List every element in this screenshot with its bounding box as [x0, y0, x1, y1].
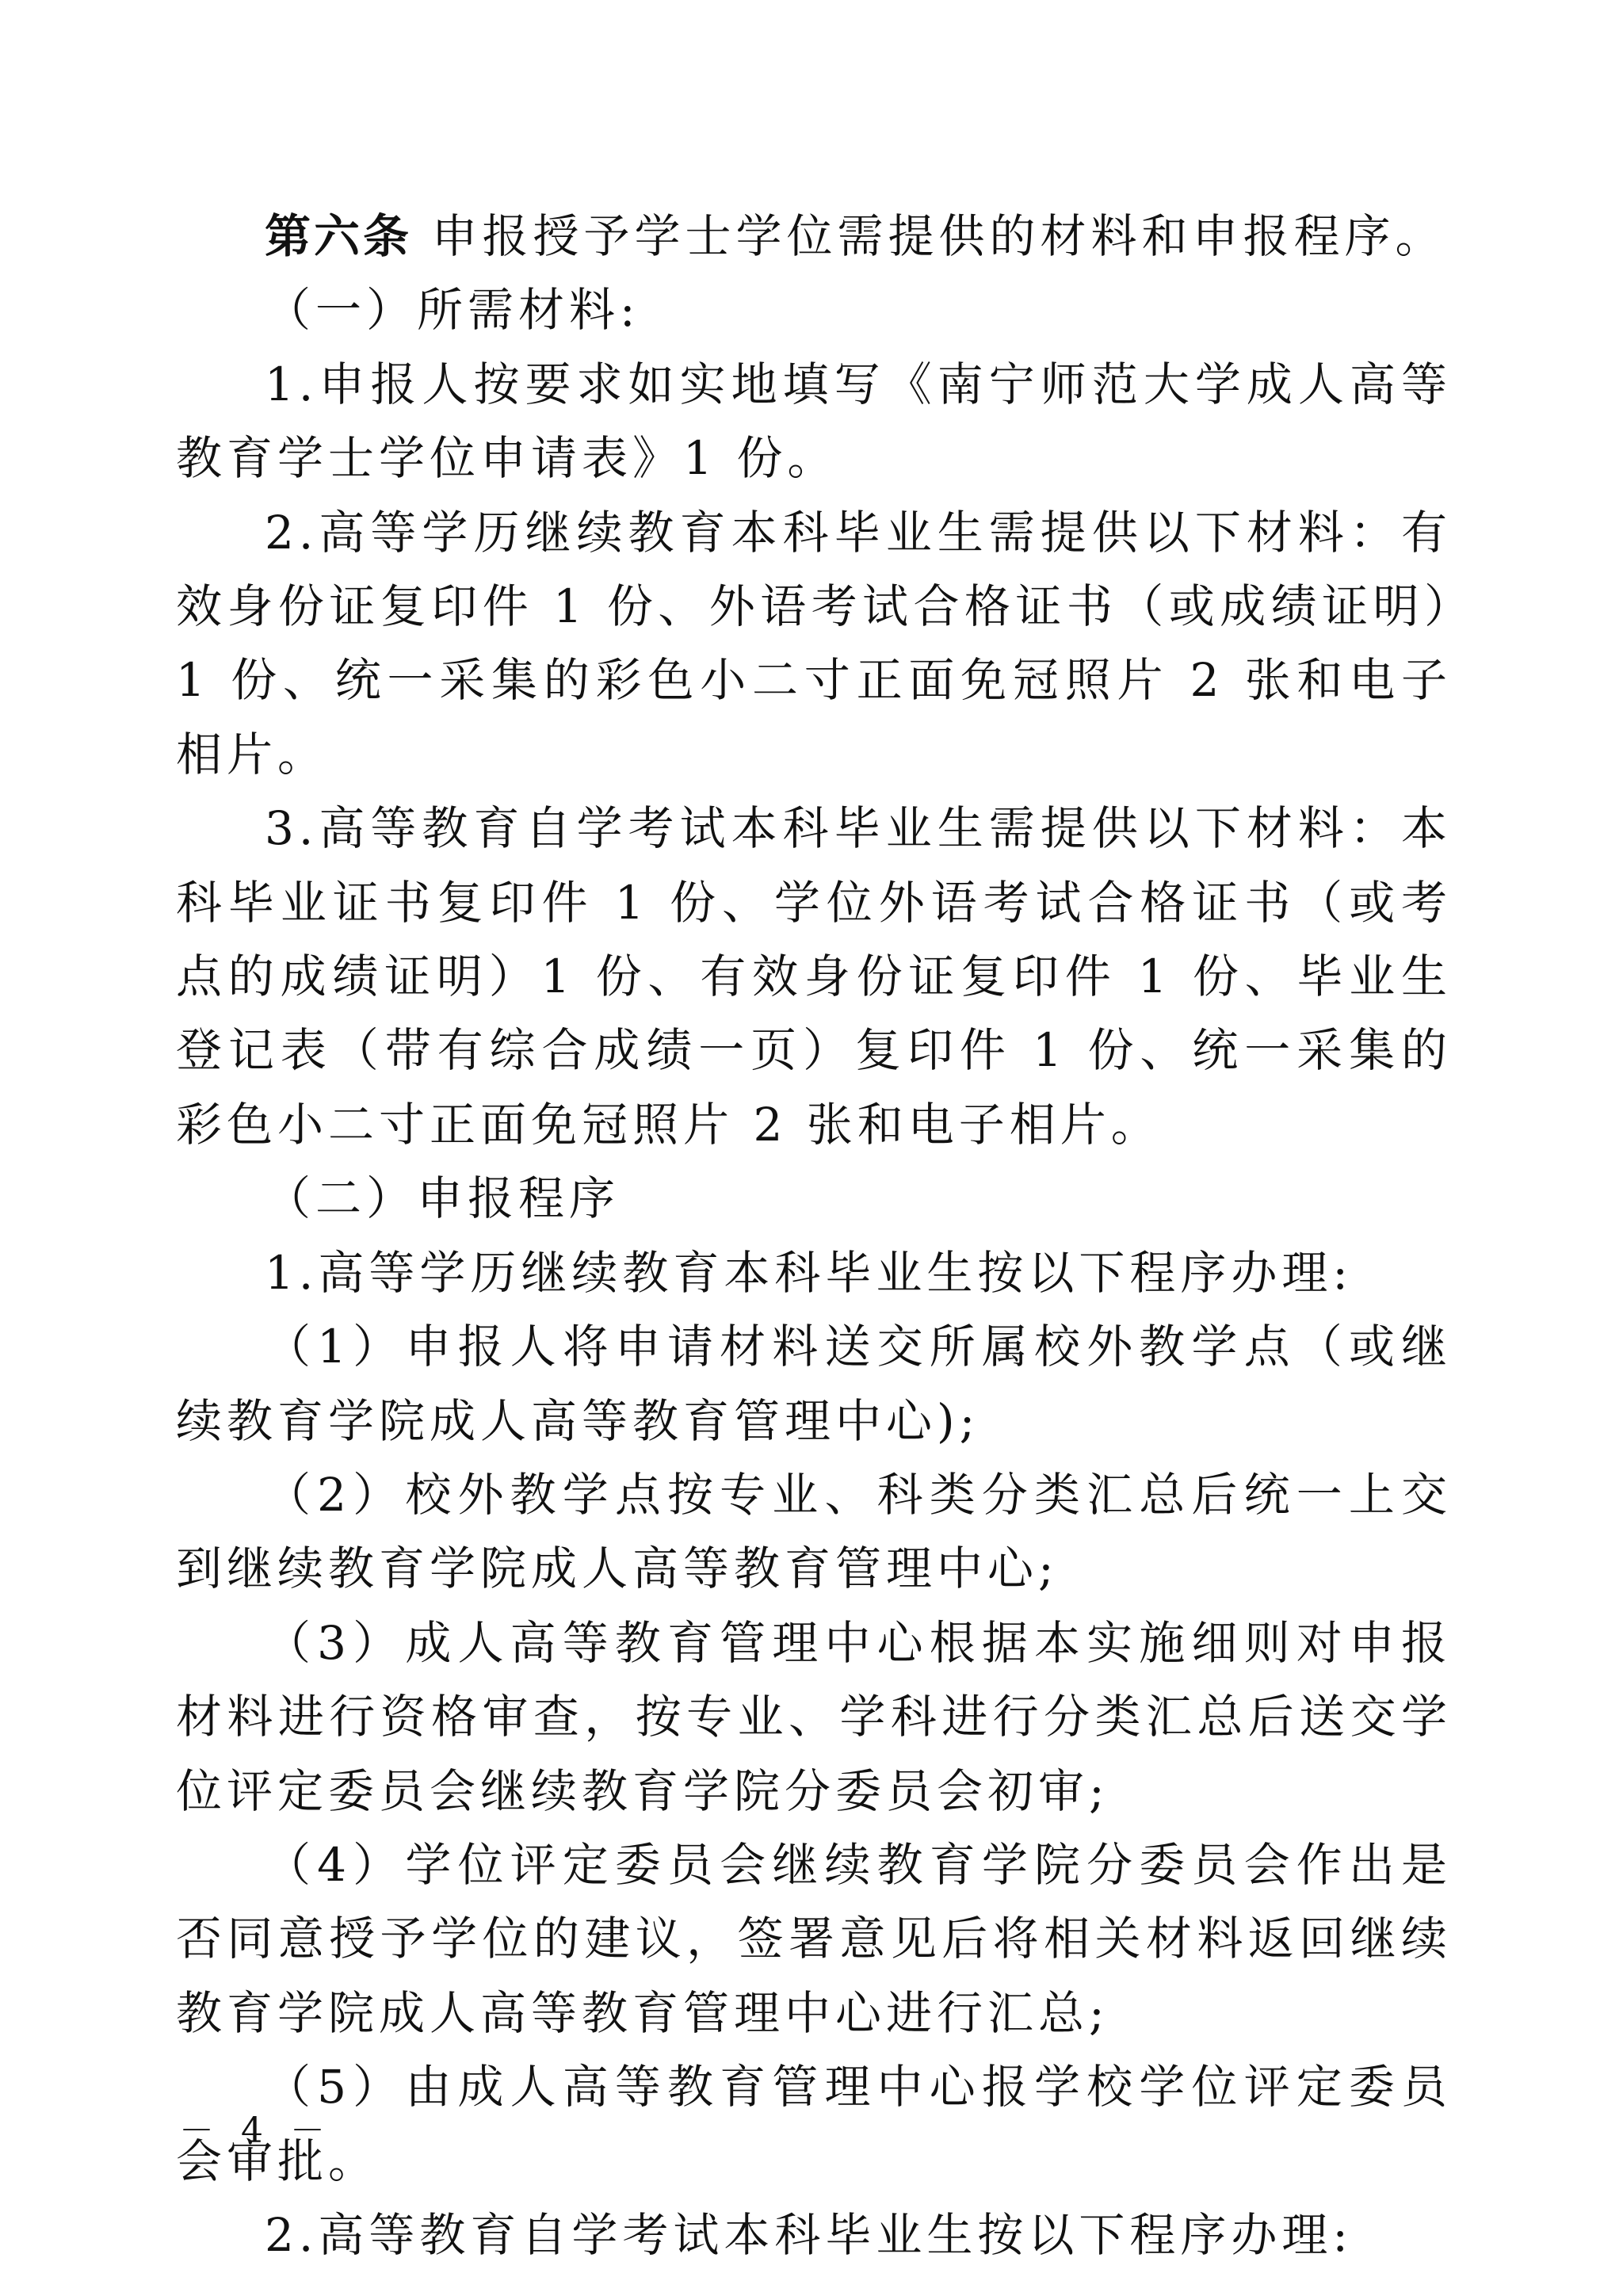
materials-item-3: 3.高等教育自学考试本科毕业生需提供以下材料：本科毕业证书复印件 1 份、学位外…	[176, 792, 1452, 1162]
section-heading-procedure: （二）申报程序	[176, 1162, 1452, 1236]
article-title: 申报授予学士学位需提供的材料和申报程序。	[431, 209, 1445, 263]
article-heading: 第六条 申报授予学士学位需提供的材料和申报程序。	[176, 200, 1452, 273]
article-number: 第六条	[265, 209, 412, 263]
procedure-item-2: 2.高等教育自学考试本科毕业生按以下程序办理:	[176, 2199, 1452, 2272]
procedure-step-4: （4）学位评定委员会继续教育学院分委员会作出是否同意授予学位的建议，签署意见后将…	[176, 1828, 1452, 2050]
procedure-step-2: （2）校外教学点按专业、科类分类汇总后统一上交到继续教育学院成人高等教育管理中心…	[176, 1458, 1452, 1606]
page-number: － 4 －	[179, 2102, 333, 2153]
procedure-step-3: （3）成人高等教育管理中心根据本实施细则对申报材料进行资格审查，按专业、学科进行…	[176, 1606, 1452, 1828]
document-page: 第六条 申报授予学士学位需提供的材料和申报程序。 （一）所需材料: 1.申报人按…	[0, 0, 1623, 2296]
procedure-step-5: （5）由成人高等教育管理中心报学校学位评定委员会审批。	[176, 2050, 1452, 2199]
procedure-step-1: （1）申报人将申请材料送交所属校外教学点（或继续教育学院成人高等教育管理中心);	[176, 1310, 1452, 1458]
procedure-item-1: 1.高等学历继续教育本科毕业生按以下程序办理:	[176, 1236, 1452, 1310]
section-heading-materials: （一）所需材料:	[176, 273, 1452, 347]
article-spacer	[412, 209, 431, 263]
materials-item-1: 1.申报人按要求如实地填写《南宁师范大学成人高等教育学士学位申请表》1 份。	[176, 348, 1452, 496]
materials-item-2: 2.高等学历继续教育本科毕业生需提供以下材料：有效身份证复印件 1 份、外语考试…	[176, 496, 1452, 793]
document-body: 第六条 申报授予学士学位需提供的材料和申报程序。 （一）所需材料: 1.申报人按…	[176, 200, 1452, 2272]
